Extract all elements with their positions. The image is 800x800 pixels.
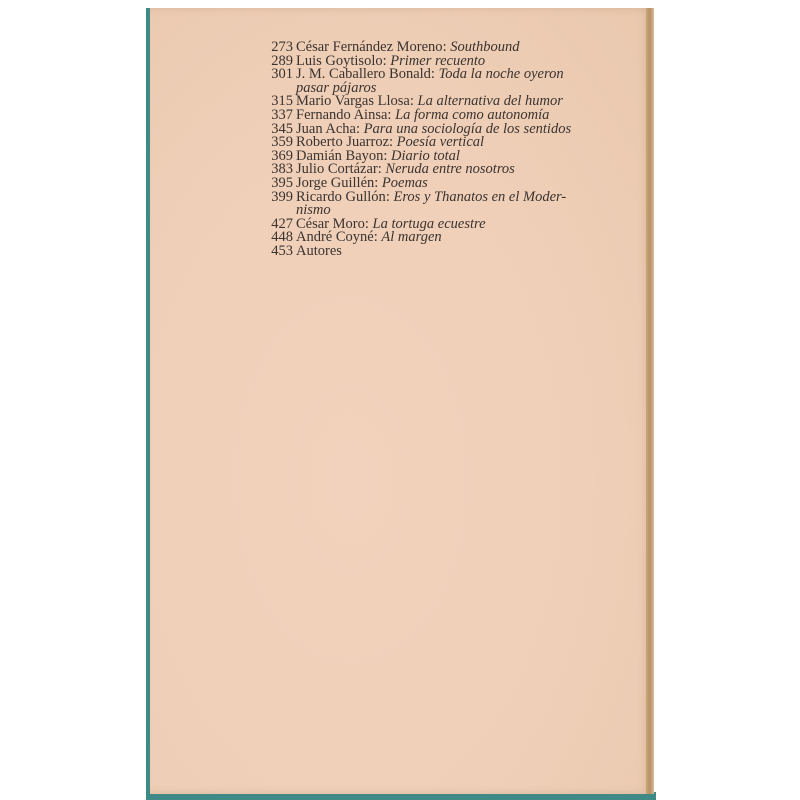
- work-title: Al margen: [381, 229, 441, 245]
- book-page: 273César Fernández Moreno: Southbound 28…: [150, 8, 652, 794]
- work-title: Eros y Thanatos en el Moder-: [393, 189, 566, 205]
- page-number: 301: [257, 68, 293, 82]
- page-number: 453: [257, 245, 293, 259]
- page-number: 399: [257, 191, 293, 205]
- work-title: Toda la noche oyeron: [439, 66, 564, 82]
- author: Autores: [296, 243, 342, 259]
- page-edge: [646, 8, 654, 794]
